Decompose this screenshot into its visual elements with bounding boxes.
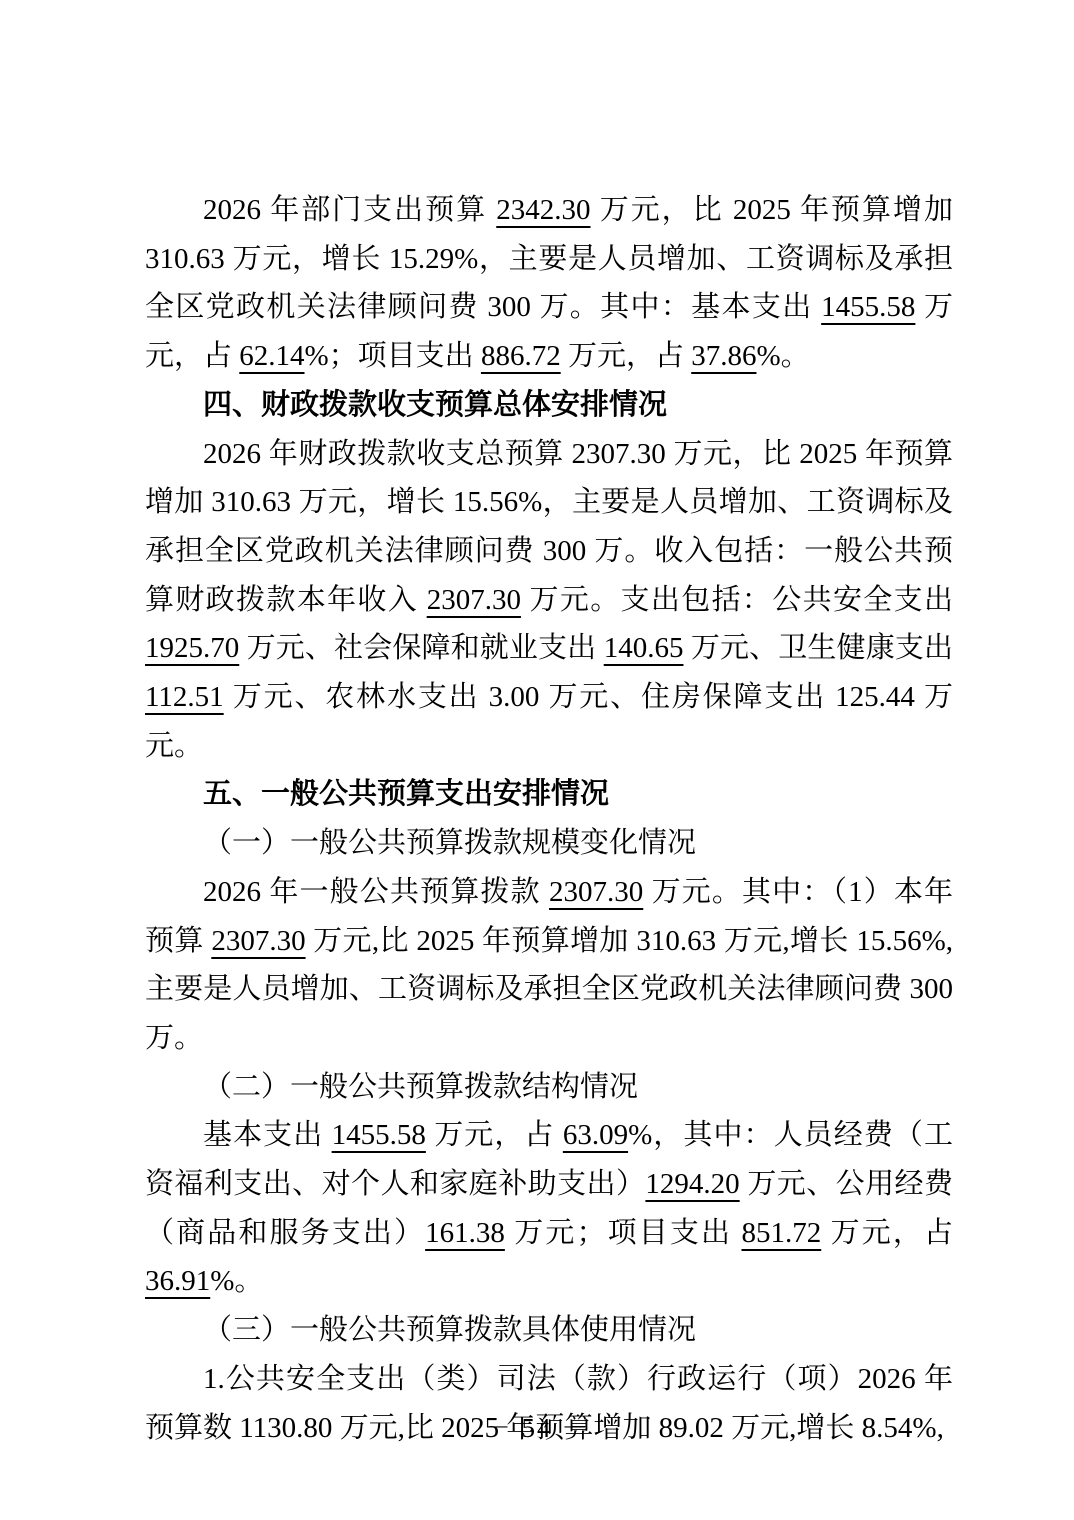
text-run: 万元，占 [821, 1217, 953, 1249]
text-run: 万元、农林水支出 3.00 万元、住房保障支出 125.44 万元。 [145, 681, 953, 762]
underlined-value: 36.91 [145, 1265, 210, 1297]
paragraph-department-expenditure: 2026 年部门支出预算 2342.30 万元，比 2025 年预算增加 310… [145, 186, 953, 381]
text-run: 2026 年一般公共预算拨款 [203, 876, 549, 908]
underlined-value: 37.86 [691, 340, 756, 372]
document-body: 2026 年部门支出预算 2342.30 万元，比 2025 年预算增加 310… [145, 186, 953, 1452]
subheading-structure: （二）一般公共预算拨款结构情况 [145, 1063, 953, 1112]
document-page: 2026 年部门支出预算 2342.30 万元，比 2025 年预算增加 310… [0, 0, 1074, 1520]
underlined-value: 112.51 [145, 681, 224, 713]
underlined-value: 161.38 [425, 1217, 505, 1249]
paragraph-budget-structure: 基本支出 1455.58 万元，占 63.09%，其中：人员经费（工资福利支出、… [145, 1111, 953, 1306]
page-number: － 54 － [0, 1406, 1074, 1445]
text-run: 万元；项目支出 [505, 1217, 742, 1249]
heading-section-five: 五、一般公共预算支出安排情况 [145, 770, 953, 819]
text-run: 万元，占 [426, 1119, 563, 1151]
underlined-value: 140.65 [604, 632, 684, 664]
underlined-value: 2307.30 [549, 876, 643, 908]
heading-section-four: 四、财政拨款收支预算总体安排情况 [145, 381, 953, 430]
underlined-value: 886.72 [481, 340, 561, 372]
paragraph-general-budget-scale: 2026 年一般公共预算拨款 2307.30 万元。其中：（1）本年预算 230… [145, 868, 953, 1063]
underlined-value: 2307.30 [427, 584, 521, 616]
text-run: %。 [756, 340, 809, 372]
text-run: 万元、卫生健康支出 [683, 632, 953, 664]
text-run: 基本支出 [203, 1119, 332, 1151]
underlined-value: 1294.20 [645, 1168, 739, 1200]
subheading-specific-use: （三）一般公共预算拨款具体使用情况 [145, 1306, 953, 1355]
text-run: 万元，占 [561, 340, 692, 372]
text-run: 2026 年部门支出预算 [203, 194, 496, 226]
text-run: 万元。支出包括：公共安全支出 [521, 584, 953, 616]
text-run: 万元、社会保障和就业支出 [239, 632, 603, 664]
underlined-value: 63.09 [563, 1119, 628, 1151]
paragraph-fiscal-appropriation-total: 2026 年财政拨款收支总预算 2307.30 万元，比 2025 年预算增加 … [145, 430, 953, 771]
underlined-value: 851.72 [741, 1217, 821, 1249]
text-run: %；项目支出 [305, 340, 481, 372]
underlined-value: 1925.70 [145, 632, 239, 664]
underlined-value: 62.14 [239, 340, 304, 372]
underlined-value: 1455.58 [332, 1119, 426, 1151]
text-run: %。 [210, 1265, 263, 1297]
underlined-value: 1455.58 [821, 291, 915, 323]
subheading-scale-change: （一）一般公共预算拨款规模变化情况 [145, 819, 953, 868]
underlined-value: 2307.30 [211, 925, 305, 957]
underlined-value: 2342.30 [496, 194, 590, 226]
